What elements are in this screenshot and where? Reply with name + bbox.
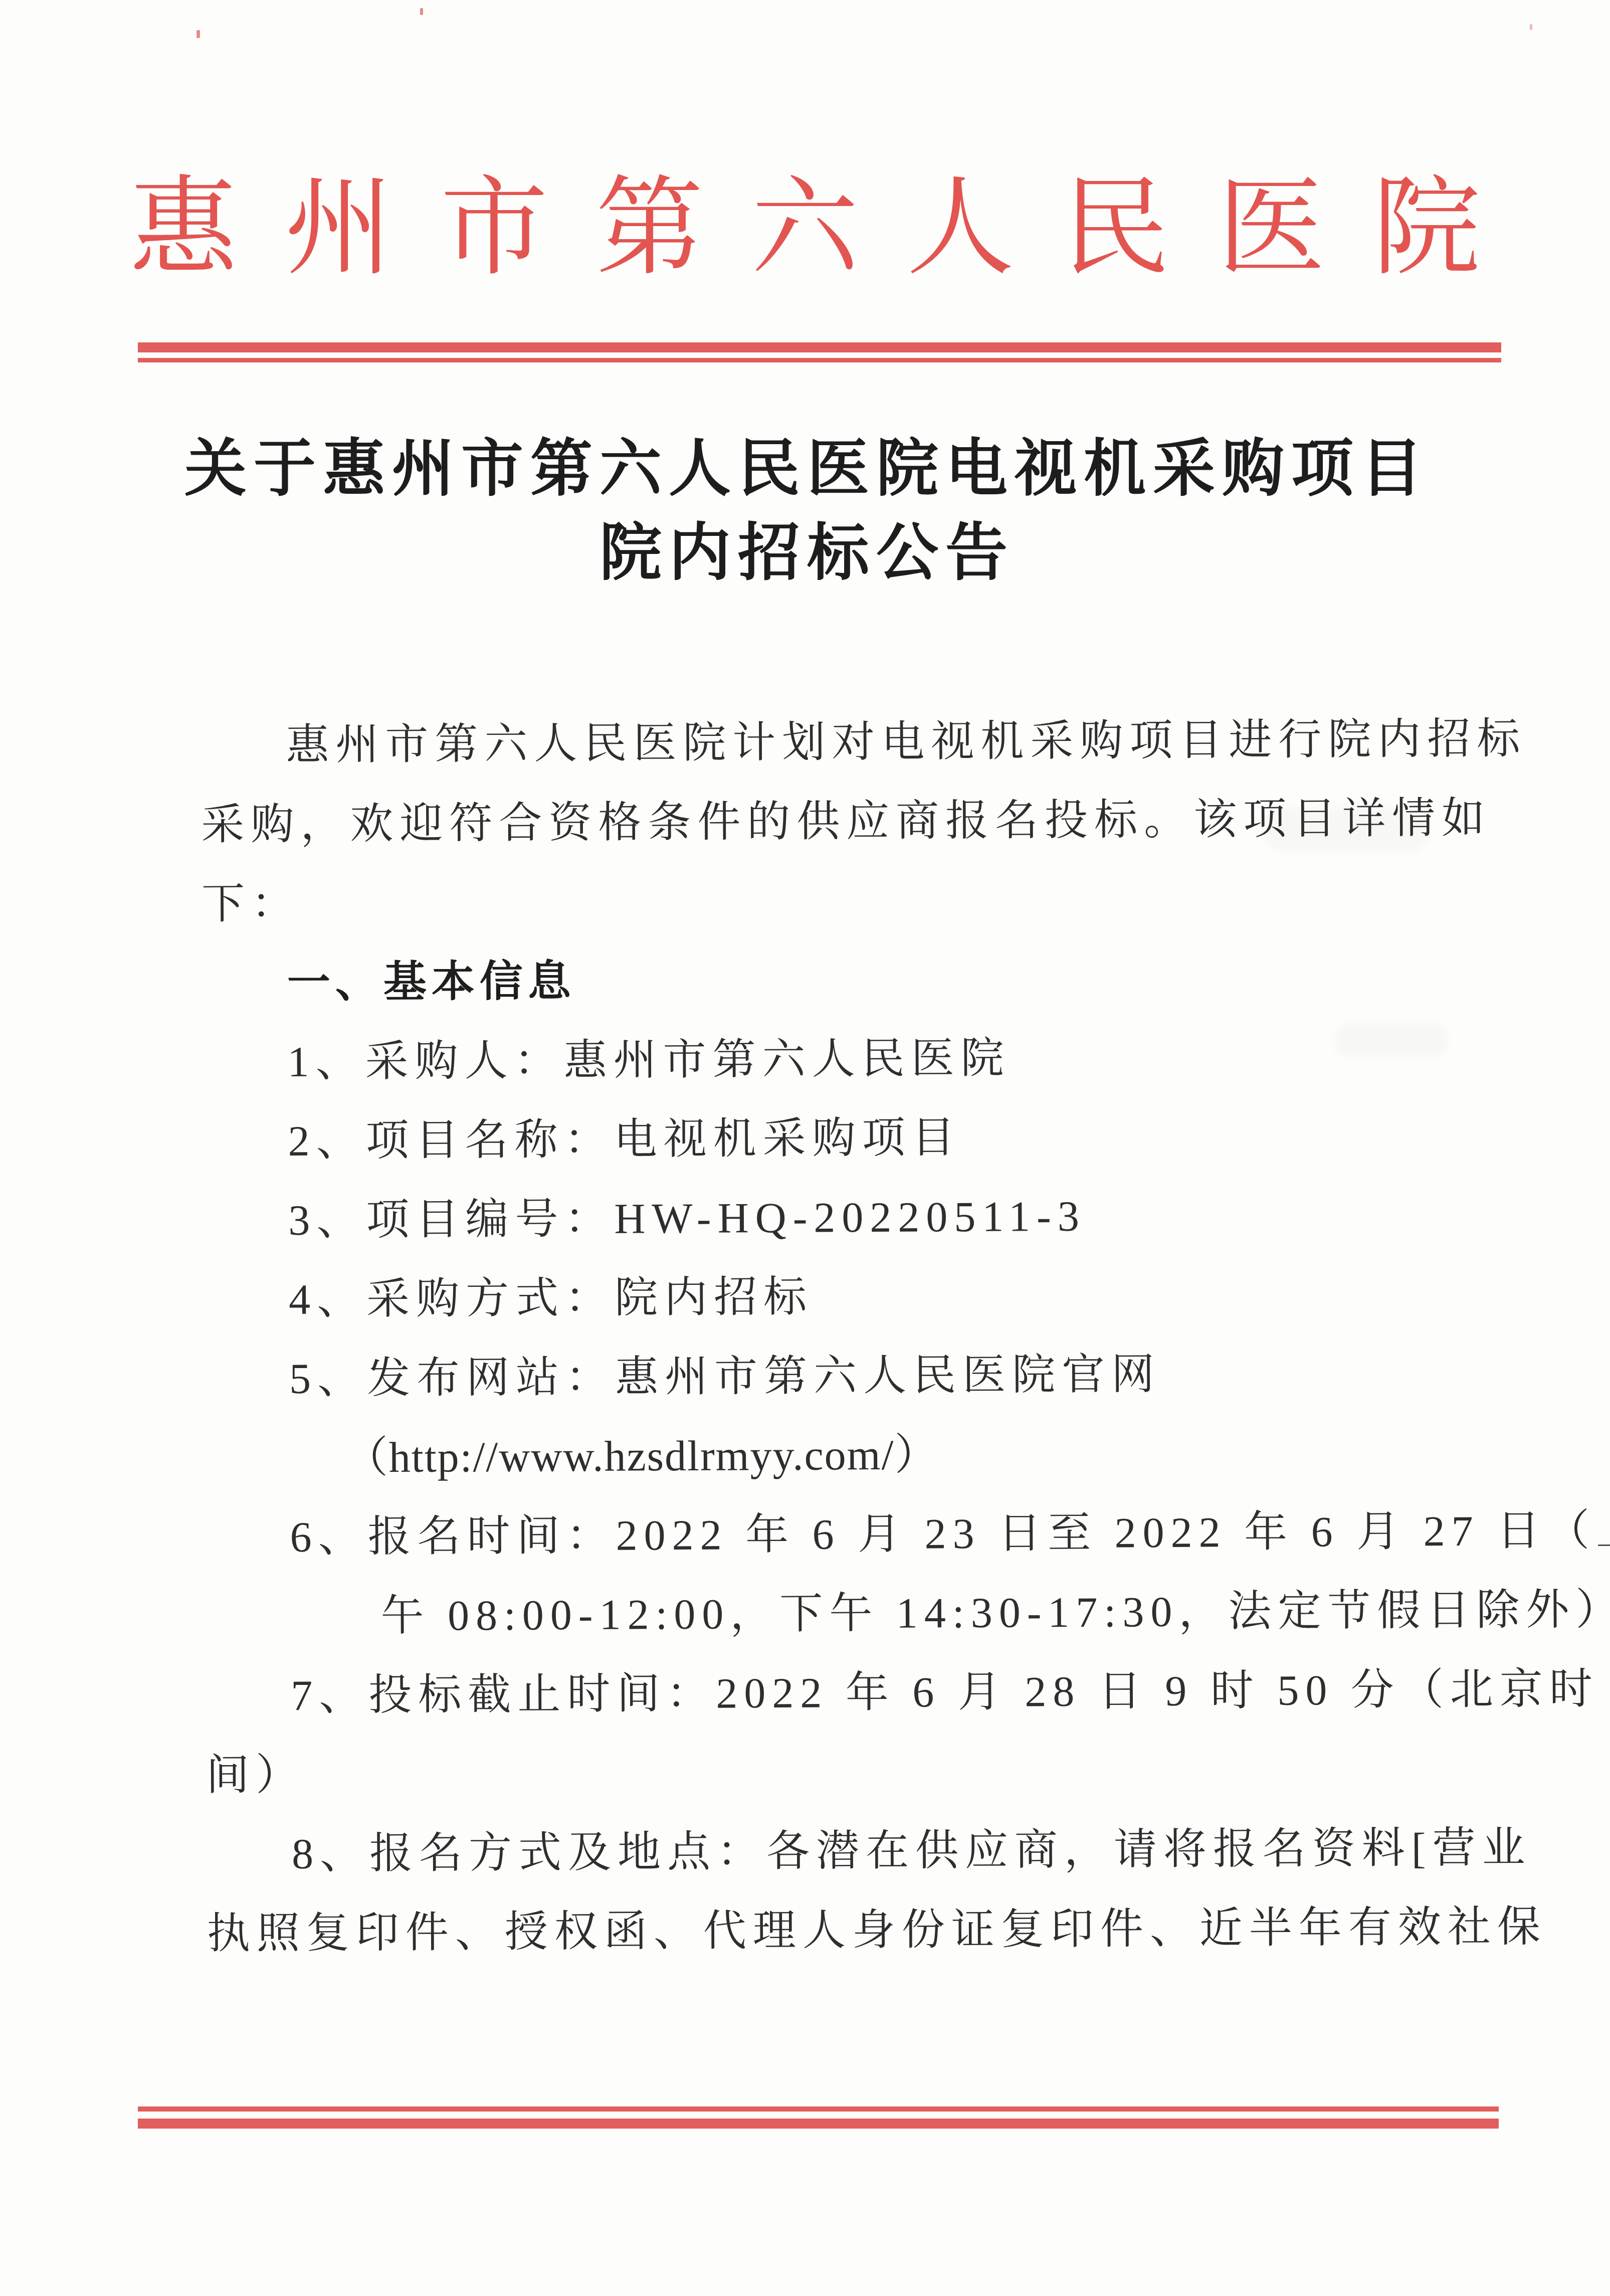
scan-artifact: [196, 30, 200, 38]
letterhead-org-name: 惠州市第六人民医院: [0, 141, 1610, 296]
notice-title-line2: 院内招标公告: [138, 511, 1476, 596]
letterhead-rule-thin: [138, 358, 1501, 362]
scan-artifact: [1530, 24, 1532, 30]
item-signup-method-cont: 执照复印件、授权函、代理人身份证复印件、近半年有效社保: [207, 1887, 1520, 1973]
notice-title-line1: 关于惠州市第六人民医院电视机采购项目: [138, 427, 1476, 511]
item-project-name: 2、项目名称：电视机采购项目: [203, 1095, 1516, 1181]
item-signup-time: 6、报名时间：2022 年 6 月 23 日至 2022 年 6 月 27 日（…: [205, 1491, 1518, 1577]
intro-line: 采购，欢迎符合资格条件的供应商报名投标。该项目详情如: [201, 778, 1515, 864]
item-publish-site: 5、发布网站：惠州市第六人民医院官网: [204, 1332, 1518, 1419]
scan-artifact: [420, 8, 423, 15]
intro-line: 惠州市第六人民医院计划对电视机采购项目进行院内招标: [200, 699, 1514, 785]
section-heading-basic-info: 一、基本信息: [202, 936, 1515, 1023]
item-bid-deadline-cont: 间）: [206, 1729, 1520, 1815]
item-procure-method: 4、采购方式：院内招标: [204, 1253, 1517, 1340]
letterhead-rule-thick: [138, 342, 1501, 352]
intro-line: 下：: [202, 857, 1515, 943]
item-site-url: （http://www.hzsdlrmyy.com/）: [204, 1412, 1518, 1498]
item-purchaser: 1、采购人：惠州市第六人民医院: [202, 1016, 1516, 1102]
item-project-number: 3、项目编号：HW-HQ-20220511-3: [203, 1174, 1517, 1260]
footer-rule-thick: [138, 2119, 1499, 2129]
item-signup-time-cont: 午 08:00-12:00，下午 14:30-17:30，法定节假日除外）: [205, 1570, 1519, 1656]
scanned-document-page: 惠州市第六人民医院 关于惠州市第六人民医院电视机采购项目 院内招标公告 惠州市第…: [0, 0, 1610, 2296]
notice-body: 惠州市第六人民医院计划对电视机采购项目进行院内招标 采购，欢迎符合资格条件的供应…: [200, 699, 1520, 1973]
item-bid-deadline: 7、投标截止时间：2022 年 6 月 28 日 9 时 50 分（北京时: [206, 1649, 1519, 1736]
notice-title: 关于惠州市第六人民医院电视机采购项目 院内招标公告: [138, 427, 1476, 596]
footer-rule-thin: [138, 2107, 1499, 2112]
item-signup-method: 8、报名方式及地点：各潜在供应商，请将报名资料[营业: [207, 1808, 1520, 1894]
